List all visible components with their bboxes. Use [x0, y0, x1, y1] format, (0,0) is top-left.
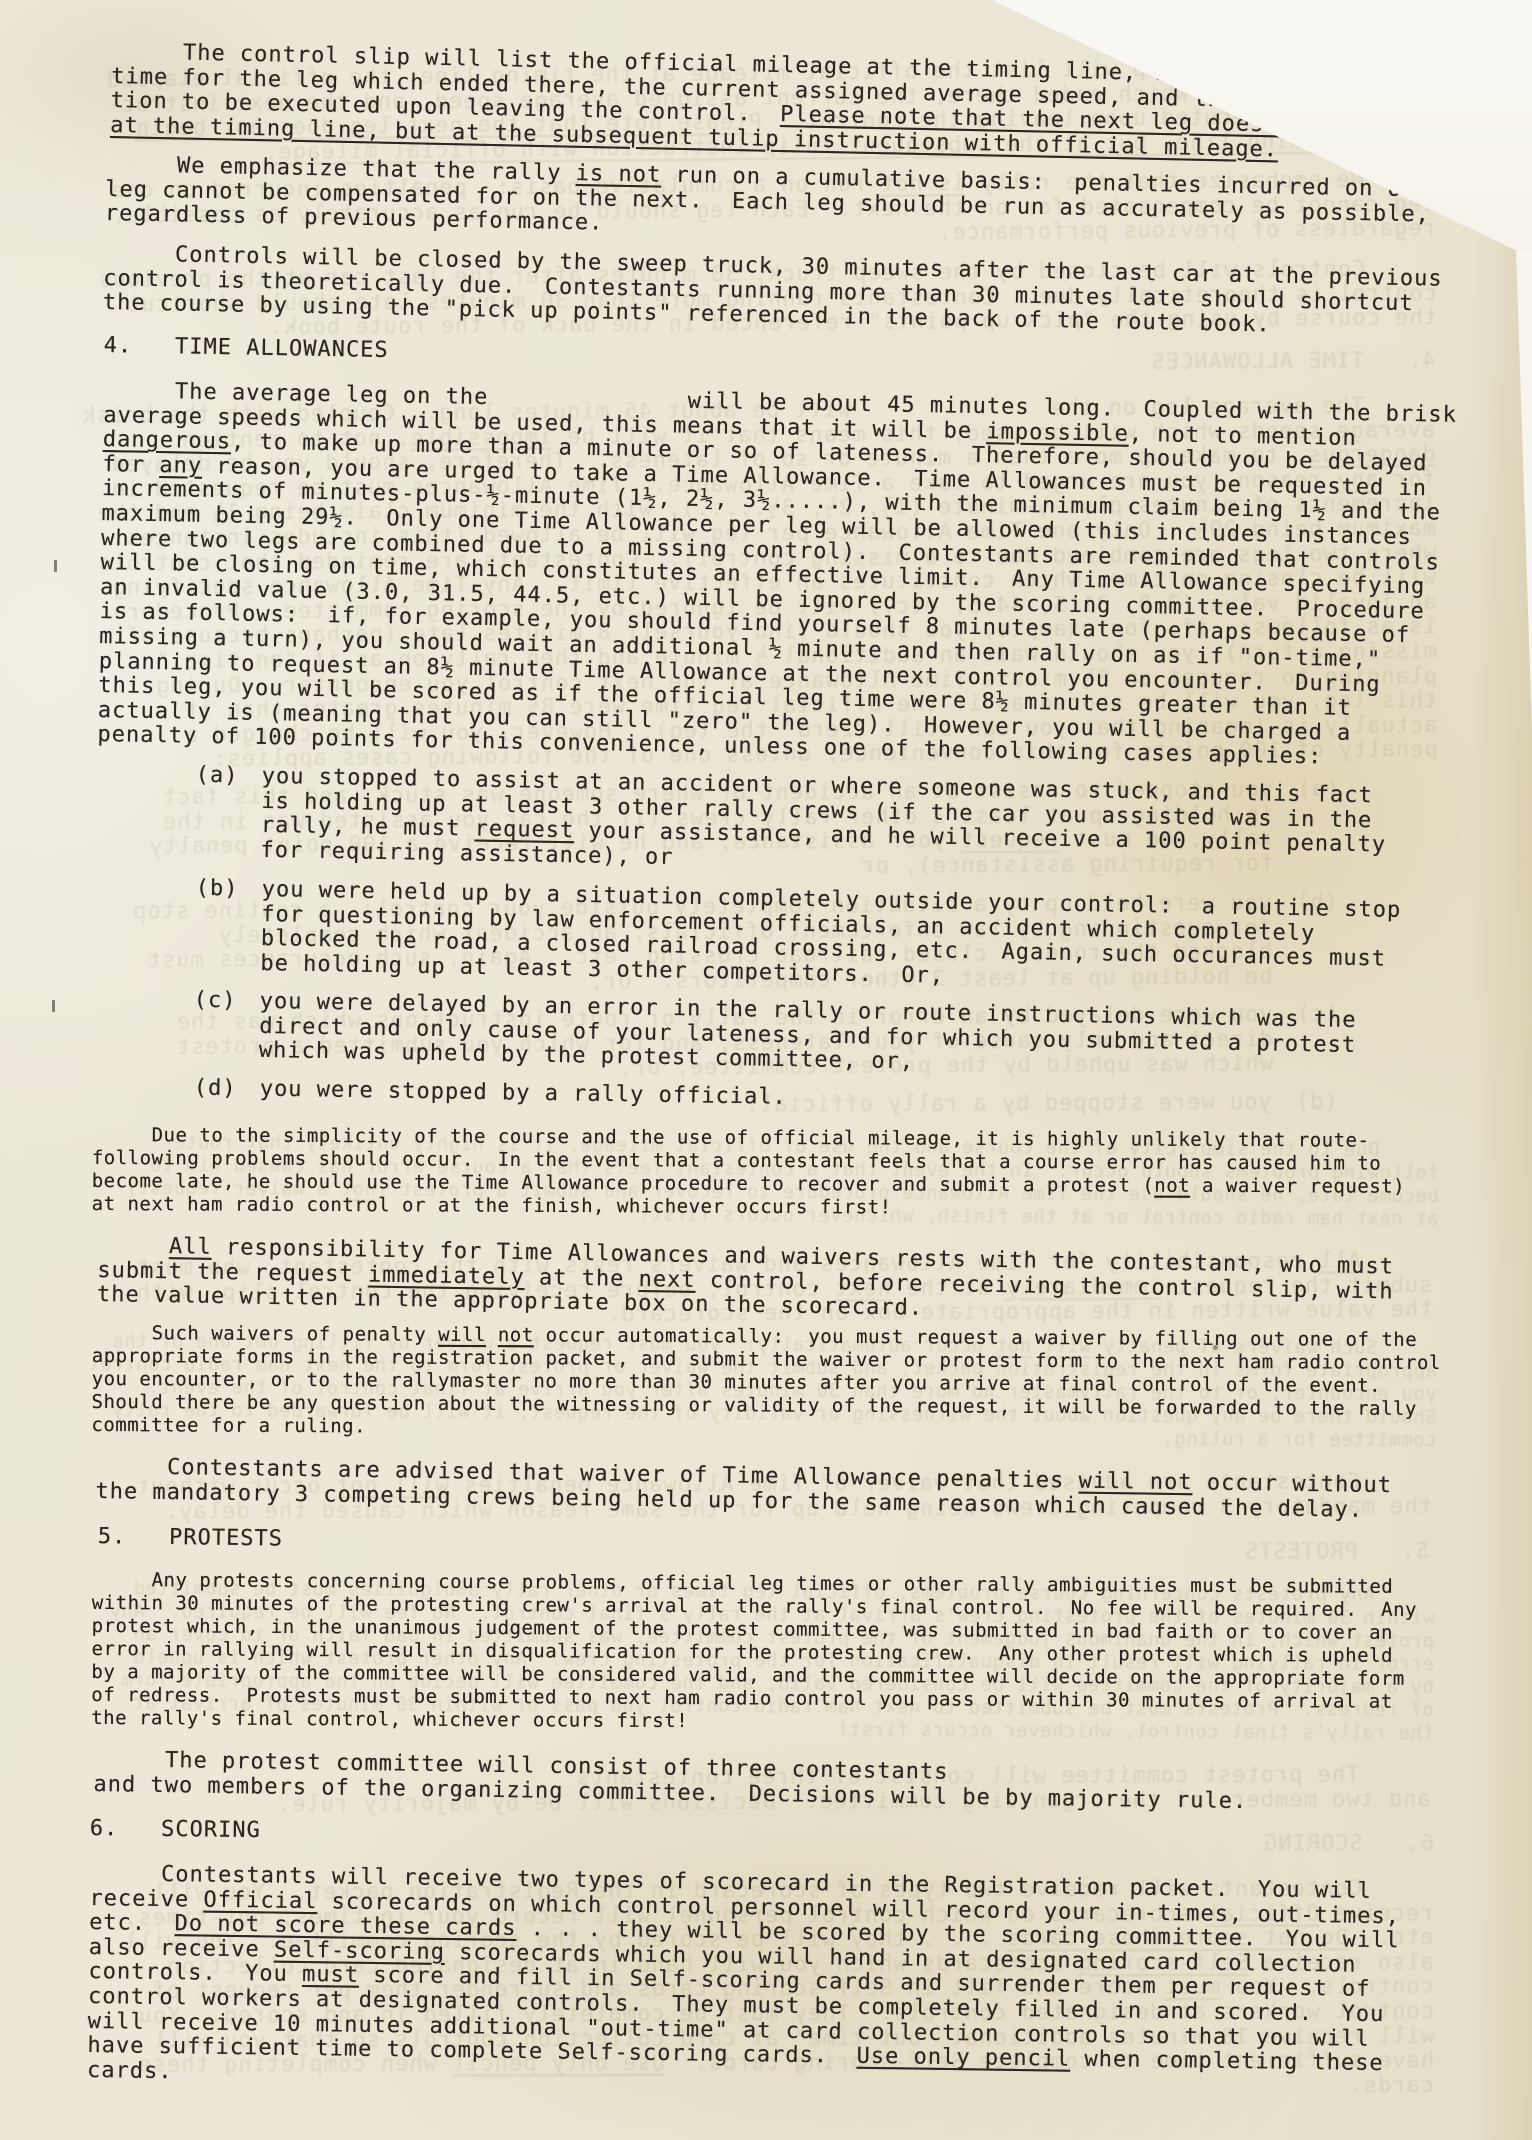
paragraph: Due to the simplicity of the course and … [92, 1124, 1502, 1222]
list-item-label: (d) [194, 1076, 237, 1101]
section-heading-text: 6. SCORING [90, 1817, 1502, 1859]
paragraph: The average leg on the will be about 45 … [97, 379, 1502, 773]
paragraph: Contestants are advised that waiver of T… [95, 1455, 1502, 1525]
section-heading-text: 5. PROTESTS [98, 1525, 1502, 1569]
ink-speck [52, 1000, 55, 1012]
scanned-document-page: The control slip will list the official … [0, 0, 1532, 2140]
text-lines: Contestants are advised that waiver of T… [95, 1455, 1502, 1525]
paragraph: Such waivers of penalty will not occur a… [91, 1322, 1502, 1444]
paragraph: Controls will be closed by the sweep tru… [103, 242, 1502, 343]
paragraph: The protest committee will consist of th… [93, 1748, 1502, 1818]
paragraph: Any protests concerning course problems,… [91, 1569, 1502, 1737]
section-heading: 5. PROTESTS [98, 1525, 1502, 1569]
section-heading-text: 4. TIME ALLOWANCES [104, 334, 1502, 383]
text-lines: We emphasize that the rally is not run o… [105, 153, 1502, 254]
ink-speck [54, 560, 57, 572]
paragraph: We emphasize that the rally is not run o… [105, 153, 1502, 254]
text-lines: you were stopped by a rally official. [260, 1078, 1502, 1122]
text-lines: you were delayed by an error in the rall… [259, 990, 1502, 1085]
list-item: (a)you stopped to assist at an accident … [98, 762, 1502, 885]
list-item-label: (a) [196, 764, 239, 789]
text-lines: you were held up by a situation complete… [260, 878, 1502, 999]
text-lines: you stopped to assist at an accident or … [260, 765, 1502, 885]
section-heading: 4. TIME ALLOWANCES [104, 334, 1502, 383]
list-item-label: (c) [194, 989, 237, 1014]
text-lines: Controls will be closed by the sweep tru… [103, 242, 1502, 343]
text-lines: Due to the simplicity of the course and … [92, 1124, 1502, 1222]
text-lines: Any protests concerning course problems,… [91, 1569, 1502, 1737]
text-lines: The average leg on the will be about 45 … [97, 379, 1502, 773]
list-item: (d)you were stopped by a rally official. [98, 1075, 1502, 1122]
text-lines: All responsibility for Time Allowances a… [97, 1234, 1502, 1331]
paragraph: Contestants will receive two types of sc… [87, 1862, 1502, 2103]
ink-speck [1213, 1345, 1218, 1350]
list-item-label: (b) [196, 877, 239, 902]
paragraph: All responsibility for Time Allowances a… [97, 1234, 1502, 1331]
document-body: The control slip will list the official … [0, 0, 1532, 2083]
list-item: (c)you were delayed by an error in the r… [97, 987, 1502, 1085]
list-item: (b)you were held up by a situation compl… [98, 875, 1502, 999]
section-heading: 6. SCORING [90, 1817, 1502, 1859]
text-lines: Contestants will receive two types of sc… [87, 1862, 1502, 2103]
text-lines: Such waivers of penalty will not occur a… [91, 1322, 1502, 1444]
text-lines: The protest committee will consist of th… [93, 1748, 1502, 1818]
